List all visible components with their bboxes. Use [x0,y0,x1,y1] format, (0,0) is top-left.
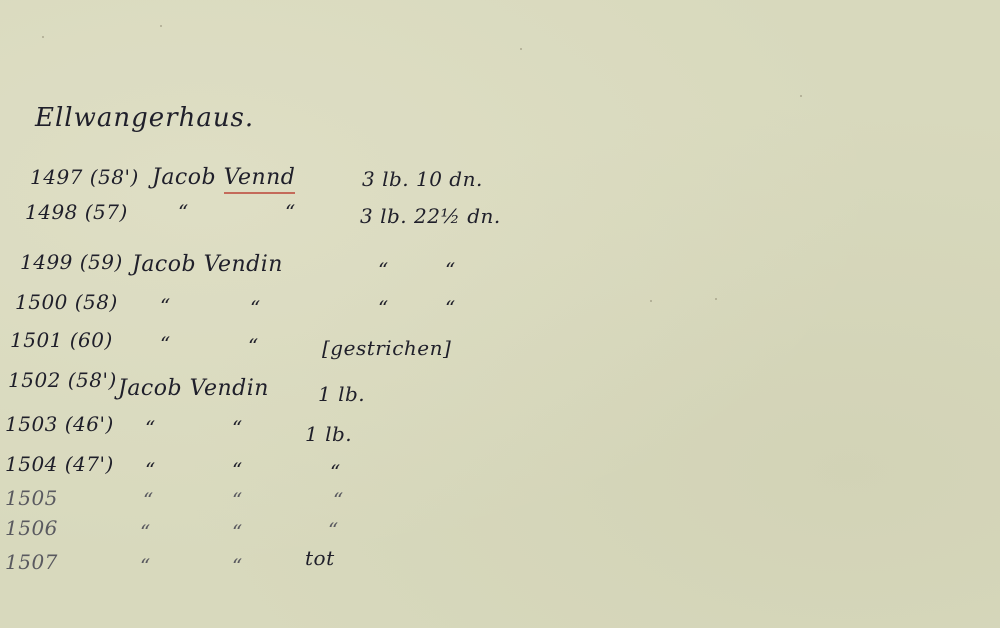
paper-fleck [800,95,802,97]
ditto-mark: “ [445,258,456,282]
entry-year: 1506 [5,516,58,540]
entry-amount: 3 lb. 10 dn. [362,167,483,191]
paper-fleck [160,25,162,27]
ditto-mark: “ [232,416,243,440]
entry-year: 1505 [5,486,58,510]
entry-note-dead: tot [305,546,335,570]
entry-name: Jacob Vennd [152,165,295,190]
entry-amount: 1 lb. [318,382,365,406]
entry-row: 1503 (46') “ “ 1 lb. [0,412,1000,452]
entry-name: Jacob Vendin [132,252,283,277]
entry-row: 1500 (58) “ “ “ “ [0,290,1000,330]
paper-fleck [650,300,652,302]
entry-row: 1502 (58') Jacob Vendin 1 lb. [0,368,1000,408]
entry-year: 1499 (59) [20,250,123,274]
ditto-mark: “ [378,296,389,320]
ditto-mark: “ [232,458,243,482]
entry-row: 1507 “ “ tot [0,550,1000,590]
ditto-mark: “ [285,200,296,224]
ditto-mark: “ [250,296,261,320]
ditto-mark: “ [143,488,154,512]
entry-row: 1499 (59) Jacob Vendin “ “ [0,250,1000,290]
entry-year: 1501 (60) [10,328,113,352]
entry-year: 1507 [5,550,58,574]
entry-name-surname-underlined: Vennd [224,165,296,194]
ditto-mark: “ [145,458,156,482]
struck-note: [gestrichen] [322,336,451,360]
index-card: Ellwangerhaus. 1497 (58') Jacob Vennd 3 … [0,0,1000,628]
ditto-mark: “ [140,520,151,544]
paper-fleck [42,36,44,38]
paper-fleck [715,298,717,300]
ditto-mark: “ [445,296,456,320]
ditto-mark: “ [333,488,344,512]
entry-name-first: Jacob [152,165,224,190]
card-heading: Ellwangerhaus. [35,103,254,133]
entry-year: 1504 (47') [5,452,114,476]
ditto-mark: “ [232,520,243,544]
ditto-mark: “ [378,258,389,282]
ditto-mark: “ [330,460,341,484]
ditto-mark: “ [145,416,156,440]
ditto-mark: “ [160,294,171,318]
paper-fleck [520,48,522,50]
ditto-mark: “ [232,488,243,512]
entry-year: 1503 (46') [5,412,114,436]
ditto-mark: “ [178,200,189,224]
ditto-mark: “ [160,332,171,356]
entry-year: 1497 (58') [30,165,139,189]
entry-amount: 1 lb. [305,422,352,446]
ditto-mark: “ [140,554,151,578]
ditto-mark: “ [232,554,243,578]
entry-year: 1500 (58) [15,290,118,314]
entry-year: 1498 (57) [25,200,128,224]
entry-name: Jacob Vendin [118,376,269,401]
entry-year: 1502 (58') [8,368,117,392]
entry-row: 1501 (60) “ “ [gestrichen] [0,328,1000,368]
entry-row: 1497 (58') Jacob Vennd 3 lb. 10 dn. [0,165,1000,205]
entry-amount: 3 lb. 22½ dn. [360,204,501,228]
ditto-mark: “ [248,334,259,358]
ditto-mark: “ [328,518,339,542]
entry-row: 1498 (57) “ “ 3 lb. 22½ dn. [0,200,1000,240]
